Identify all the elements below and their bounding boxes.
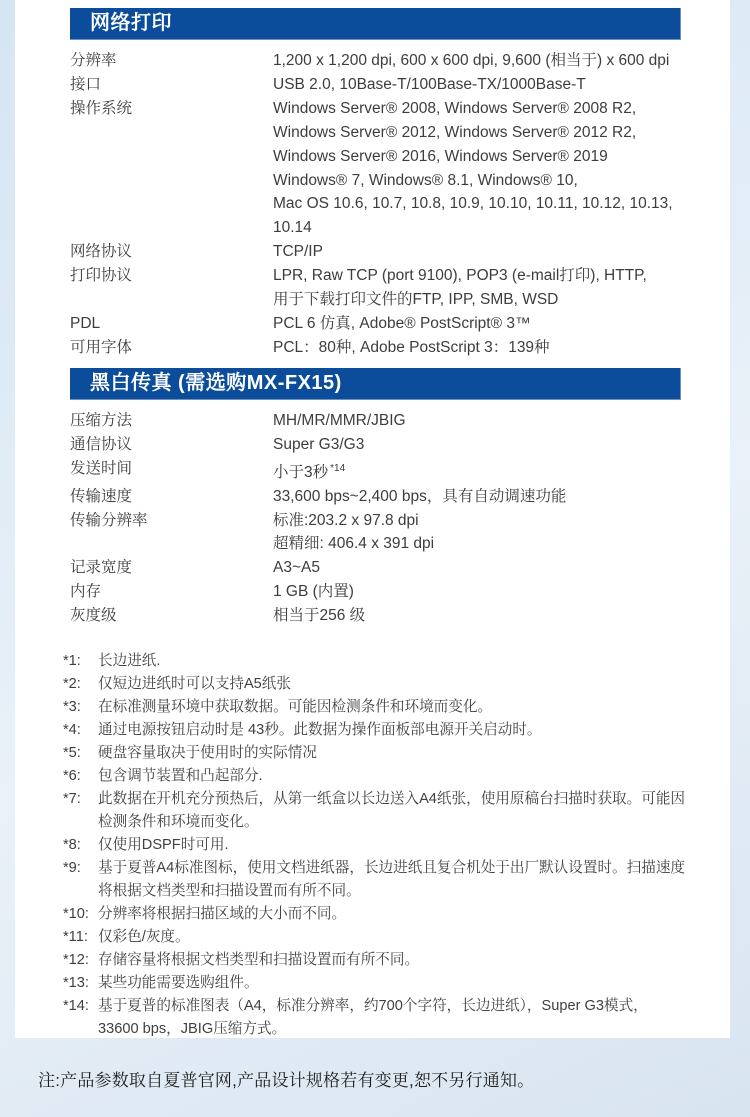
- footnote-row: *5:硬盘容量取决于使用时的实际情况: [63, 742, 713, 765]
- spec-value: 33,600 bps~2,400 bps，具有自动调速功能: [273, 485, 695, 509]
- spec-label: 传输速度: [70, 485, 273, 509]
- spec-value-line: Windows Server® 2008, Windows Server® 20…: [273, 97, 695, 121]
- spec-row: 通信协议Super G3/G3: [70, 433, 695, 457]
- footnote-body: 在标准测量环境中获取数据。可能因检测条件和环境而变化。: [98, 696, 713, 719]
- spec-label: 打印协议: [70, 264, 273, 312]
- spec-value-line: Mac OS 10.6, 10.7, 10.8, 10.9, 10.10, 10…: [273, 192, 695, 240]
- spec-value: A3~A5: [273, 556, 695, 580]
- footnote-text-line: 通过电源按钮启动时是 43秒。此数据为操作面板部电源开关启动时。: [98, 719, 713, 742]
- spec-value-line: PCL：80种, Adobe PostScript 3：139种: [273, 336, 695, 360]
- footnote-marker: *1:: [63, 650, 98, 673]
- spec-value-line: 标准:203.2 x 97.8 dpi: [273, 509, 695, 533]
- spec-label: 网络协议: [70, 240, 273, 264]
- footnote-text-line: 仅使用DSPF时可用.: [98, 834, 713, 857]
- spec-value-line: MH/MR/MMR/JBIG: [273, 409, 695, 433]
- spec-value: 相当于256 级: [273, 604, 695, 628]
- footnote-row: *9:基于夏普A4标准图标，使用文档进纸器，长边进纸且复合机处于出厂默认设置时。…: [63, 857, 713, 903]
- footnote-body: 包含调节装置和凸起部分.: [98, 765, 713, 788]
- spec-value: Windows Server® 2008, Windows Server® 20…: [273, 97, 695, 240]
- footnote-row: *4:通过电源按钮启动时是 43秒。此数据为操作面板部电源开关启动时。: [63, 719, 713, 742]
- spec-value: Super G3/G3: [273, 433, 695, 457]
- spec-value: TCP/IP: [273, 240, 695, 264]
- footnote-body: 仅短边进纸时可以支持A5纸张: [98, 673, 713, 696]
- spec-sections: 网络打印分辨率1,200 x 1,200 dpi, 600 x 600 dpi,…: [15, 8, 730, 628]
- footnote-body: 分辨率将根据扫描区域的大小而不同。: [98, 903, 713, 926]
- spec-value: 1 GB (内置): [273, 580, 695, 604]
- footnote-marker: *7:: [63, 788, 98, 834]
- footnote-row: *10:分辨率将根据扫描区域的大小而不同。: [63, 903, 713, 926]
- spec-row: 可用字体PCL：80种, Adobe PostScript 3：139种: [70, 336, 695, 360]
- footnote-marker: *2:: [63, 673, 98, 696]
- footnote-body: 基于夏普A4标准图标，使用文档进纸器，长边进纸且复合机处于出厂默认设置时。扫描速…: [98, 857, 713, 903]
- spec-label: 接口: [70, 73, 273, 97]
- footnote-marker: *4:: [63, 719, 98, 742]
- footnote-text-line: 长边进纸.: [98, 650, 713, 673]
- footnote-text-line: 仅短边进纸时可以支持A5纸张: [98, 673, 713, 696]
- footnote-marker: *10:: [63, 903, 98, 926]
- footnote-row: *11:仅彩色/灰度。: [63, 926, 713, 949]
- spec-row: 记录宽度A3~A5: [70, 556, 695, 580]
- spec-label: 传输分辨率: [70, 509, 273, 557]
- footnote-body: 硬盘容量取决于使用时的实际情况: [98, 742, 713, 765]
- footnote-text-line: 包含调节装置和凸起部分.: [98, 765, 713, 788]
- spec-value-line: 用于下载打印文件的FTP, IPP, SMB, WSD: [273, 288, 695, 312]
- footnote-marker: *5:: [63, 742, 98, 765]
- spec-value-line: Windows® 7, Windows® 8.1, Windows® 10,: [273, 169, 695, 193]
- footnote-text-line: 检测条件和环境而变化。: [98, 811, 713, 834]
- footnote-body: 仅彩色/灰度。: [98, 926, 713, 949]
- footnote-row: *8:仅使用DSPF时可用.: [63, 834, 713, 857]
- spec-label: 压缩方法: [70, 409, 273, 433]
- spec-value: USB 2.0, 10Base-T/100Base-TX/1000Base-T: [273, 73, 695, 97]
- spec-row: 灰度级相当于256 级: [70, 604, 695, 628]
- spec-value: PCL 6 仿真, Adobe® PostScript® 3™: [273, 312, 695, 336]
- footnote-marker: *9:: [63, 857, 98, 903]
- spec-value: MH/MR/MMR/JBIG: [273, 409, 695, 433]
- spec-value: LPR, Raw TCP (port 9100), POP3 (e-mail打印…: [273, 264, 695, 312]
- section-title: 黑白传真 (需选购MX-FX15): [70, 368, 681, 400]
- spec-value: 1,200 x 1,200 dpi, 600 x 600 dpi, 9,600 …: [273, 49, 695, 73]
- spec-label: 操作系统: [70, 97, 273, 240]
- spec-value-line: TCP/IP: [273, 240, 695, 264]
- spec-label: 灰度级: [70, 604, 273, 628]
- footnote-marker: *8:: [63, 834, 98, 857]
- spec-row: 操作系统Windows Server® 2008, Windows Server…: [70, 97, 695, 240]
- spec-row: 接口USB 2.0, 10Base-T/100Base-TX/1000Base-…: [70, 73, 695, 97]
- footnote-row: *12:存储容量将根据文档类型和扫描设置而有所不同。: [63, 949, 713, 972]
- spec-value-line: USB 2.0, 10Base-T/100Base-TX/1000Base-T: [273, 73, 695, 97]
- footnote-text-line: 此数据在开机充分预热后，从第一纸盒以长边送入A4纸张，使用原稿台扫描时获取。可能…: [98, 788, 713, 811]
- spec-row: 传输分辨率标准:203.2 x 97.8 dpi超精细: 406.4 x 391…: [70, 509, 695, 557]
- spec-table: 分辨率1,200 x 1,200 dpi, 600 x 600 dpi, 9,6…: [70, 49, 695, 360]
- footnote-text-line: 分辨率将根据扫描区域的大小而不同。: [98, 903, 713, 926]
- footnote-text-line: 将根据文档类型和扫描设置而有所不同。: [98, 880, 713, 903]
- spec-value-line: 小于3秒*14: [273, 457, 695, 485]
- spec-value-line: 相当于256 级: [273, 604, 695, 628]
- spec-label: 通信协议: [70, 433, 273, 457]
- footnote-text-line: 基于夏普的标准图表（A4，标准分辨率，约700个字符，长边进纸），Super G…: [98, 995, 713, 1018]
- spec-table: 压缩方法MH/MR/MMR/JBIG通信协议Super G3/G3发送时间小于3…: [70, 409, 695, 628]
- spec-value-line: 1,200 x 1,200 dpi, 600 x 600 dpi, 9,600 …: [273, 49, 695, 73]
- footnote-text-line: 基于夏普A4标准图标，使用文档进纸器，长边进纸且复合机处于出厂默认设置时。扫描速…: [98, 857, 713, 880]
- spec-label: 记录宽度: [70, 556, 273, 580]
- footnote-text-line: 存储容量将根据文档类型和扫描设置而有所不同。: [98, 949, 713, 972]
- footnote-text-line: 在标准测量环境中获取数据。可能因检测条件和环境而变化。: [98, 696, 713, 719]
- footnote-body: 此数据在开机充分预热后，从第一纸盒以长边送入A4纸张，使用原稿台扫描时获取。可能…: [98, 788, 713, 834]
- disclaimer-note: 注:产品参数取自夏普官网,产品设计规格若有变更,恕不另行通知。: [38, 1066, 534, 1091]
- footnote-body: 长边进纸.: [98, 650, 713, 673]
- spec-value-line: 33,600 bps~2,400 bps，具有自动调速功能: [273, 485, 695, 509]
- footnote-row: *6:包含调节装置和凸起部分.: [63, 765, 713, 788]
- spec-card: 网络打印分辨率1,200 x 1,200 dpi, 600 x 600 dpi,…: [15, 0, 730, 1038]
- spec-value: 标准:203.2 x 97.8 dpi超精细: 406.4 x 391 dpi: [273, 509, 695, 557]
- footnote-row: *13:某些功能需要选购组件。: [63, 972, 713, 995]
- footnote-row: *7:此数据在开机充分预热后，从第一纸盒以长边送入A4纸张，使用原稿台扫描时获取…: [63, 788, 713, 834]
- spec-label: PDL: [70, 312, 273, 336]
- spec-row: 打印协议LPR, Raw TCP (port 9100), POP3 (e-ma…: [70, 264, 695, 312]
- spec-row: PDLPCL 6 仿真, Adobe® PostScript® 3™: [70, 312, 695, 336]
- footnote-text-line: 某些功能需要选购组件。: [98, 972, 713, 995]
- footnote-text-line: 硬盘容量取决于使用时的实际情况: [98, 742, 713, 765]
- spec-label: 发送时间: [70, 457, 273, 485]
- footnote-body: 基于夏普的标准图表（A4，标准分辨率，约700个字符，长边进纸），Super G…: [98, 995, 713, 1041]
- spec-value-line: 超精细: 406.4 x 391 dpi: [273, 532, 695, 556]
- spec-row: 发送时间小于3秒*14: [70, 457, 695, 485]
- footnote-marker: *11:: [63, 926, 98, 949]
- footnote-body: 某些功能需要选购组件。: [98, 972, 713, 995]
- spec-value-line: LPR, Raw TCP (port 9100), POP3 (e-mail打印…: [273, 264, 695, 288]
- spec-value-line: Super G3/G3: [273, 433, 695, 457]
- spec-label: 内存: [70, 580, 273, 604]
- footnote-body: 通过电源按钮启动时是 43秒。此数据为操作面板部电源开关启动时。: [98, 719, 713, 742]
- spec-row: 传输速度33,600 bps~2,400 bps，具有自动调速功能: [70, 485, 695, 509]
- spec-value-line: Windows Server® 2012, Windows Server® 20…: [273, 121, 695, 145]
- spec-value: PCL：80种, Adobe PostScript 3：139种: [273, 336, 695, 360]
- spec-value: 小于3秒*14: [273, 457, 695, 485]
- spec-value-line: Windows Server® 2016, Windows Server® 20…: [273, 145, 695, 169]
- spec-row: 压缩方法MH/MR/MMR/JBIG: [70, 409, 695, 433]
- footnote-marker: *14:: [63, 995, 98, 1041]
- footnote-marker: *12:: [63, 949, 98, 972]
- section-title: 网络打印: [70, 8, 681, 40]
- footnote-row: *3:在标准测量环境中获取数据。可能因检测条件和环境而变化。: [63, 696, 713, 719]
- spec-label: 可用字体: [70, 336, 273, 360]
- spec-row: 内存1 GB (内置): [70, 580, 695, 604]
- spec-value-line: 1 GB (内置): [273, 580, 695, 604]
- spec-label: 分辨率: [70, 49, 273, 73]
- footnote-row: *1:长边进纸.: [63, 650, 713, 673]
- footnotes-list: *1:长边进纸.*2:仅短边进纸时可以支持A5纸张*3:在标准测量环境中获取数据…: [63, 650, 713, 1041]
- footnote-marker: *13:: [63, 972, 98, 995]
- footnote-text-line: 33600 bps，JBIG压缩方式。: [98, 1018, 713, 1041]
- footnote-ref: *14: [330, 463, 345, 474]
- footnote-body: 存储容量将根据文档类型和扫描设置而有所不同。: [98, 949, 713, 972]
- footnote-text-line: 仅彩色/灰度。: [98, 926, 713, 949]
- spec-value-line: A3~A5: [273, 556, 695, 580]
- footnote-marker: *3:: [63, 696, 98, 719]
- spec-row: 网络协议TCP/IP: [70, 240, 695, 264]
- spec-row: 分辨率1,200 x 1,200 dpi, 600 x 600 dpi, 9,6…: [70, 49, 695, 73]
- spec-value-line: PCL 6 仿真, Adobe® PostScript® 3™: [273, 312, 695, 336]
- footnote-marker: *6:: [63, 765, 98, 788]
- footnote-body: 仅使用DSPF时可用.: [98, 834, 713, 857]
- footnote-row: *14:基于夏普的标准图表（A4，标准分辨率，约700个字符，长边进纸），Sup…: [63, 995, 713, 1041]
- footnote-row: *2:仅短边进纸时可以支持A5纸张: [63, 673, 713, 696]
